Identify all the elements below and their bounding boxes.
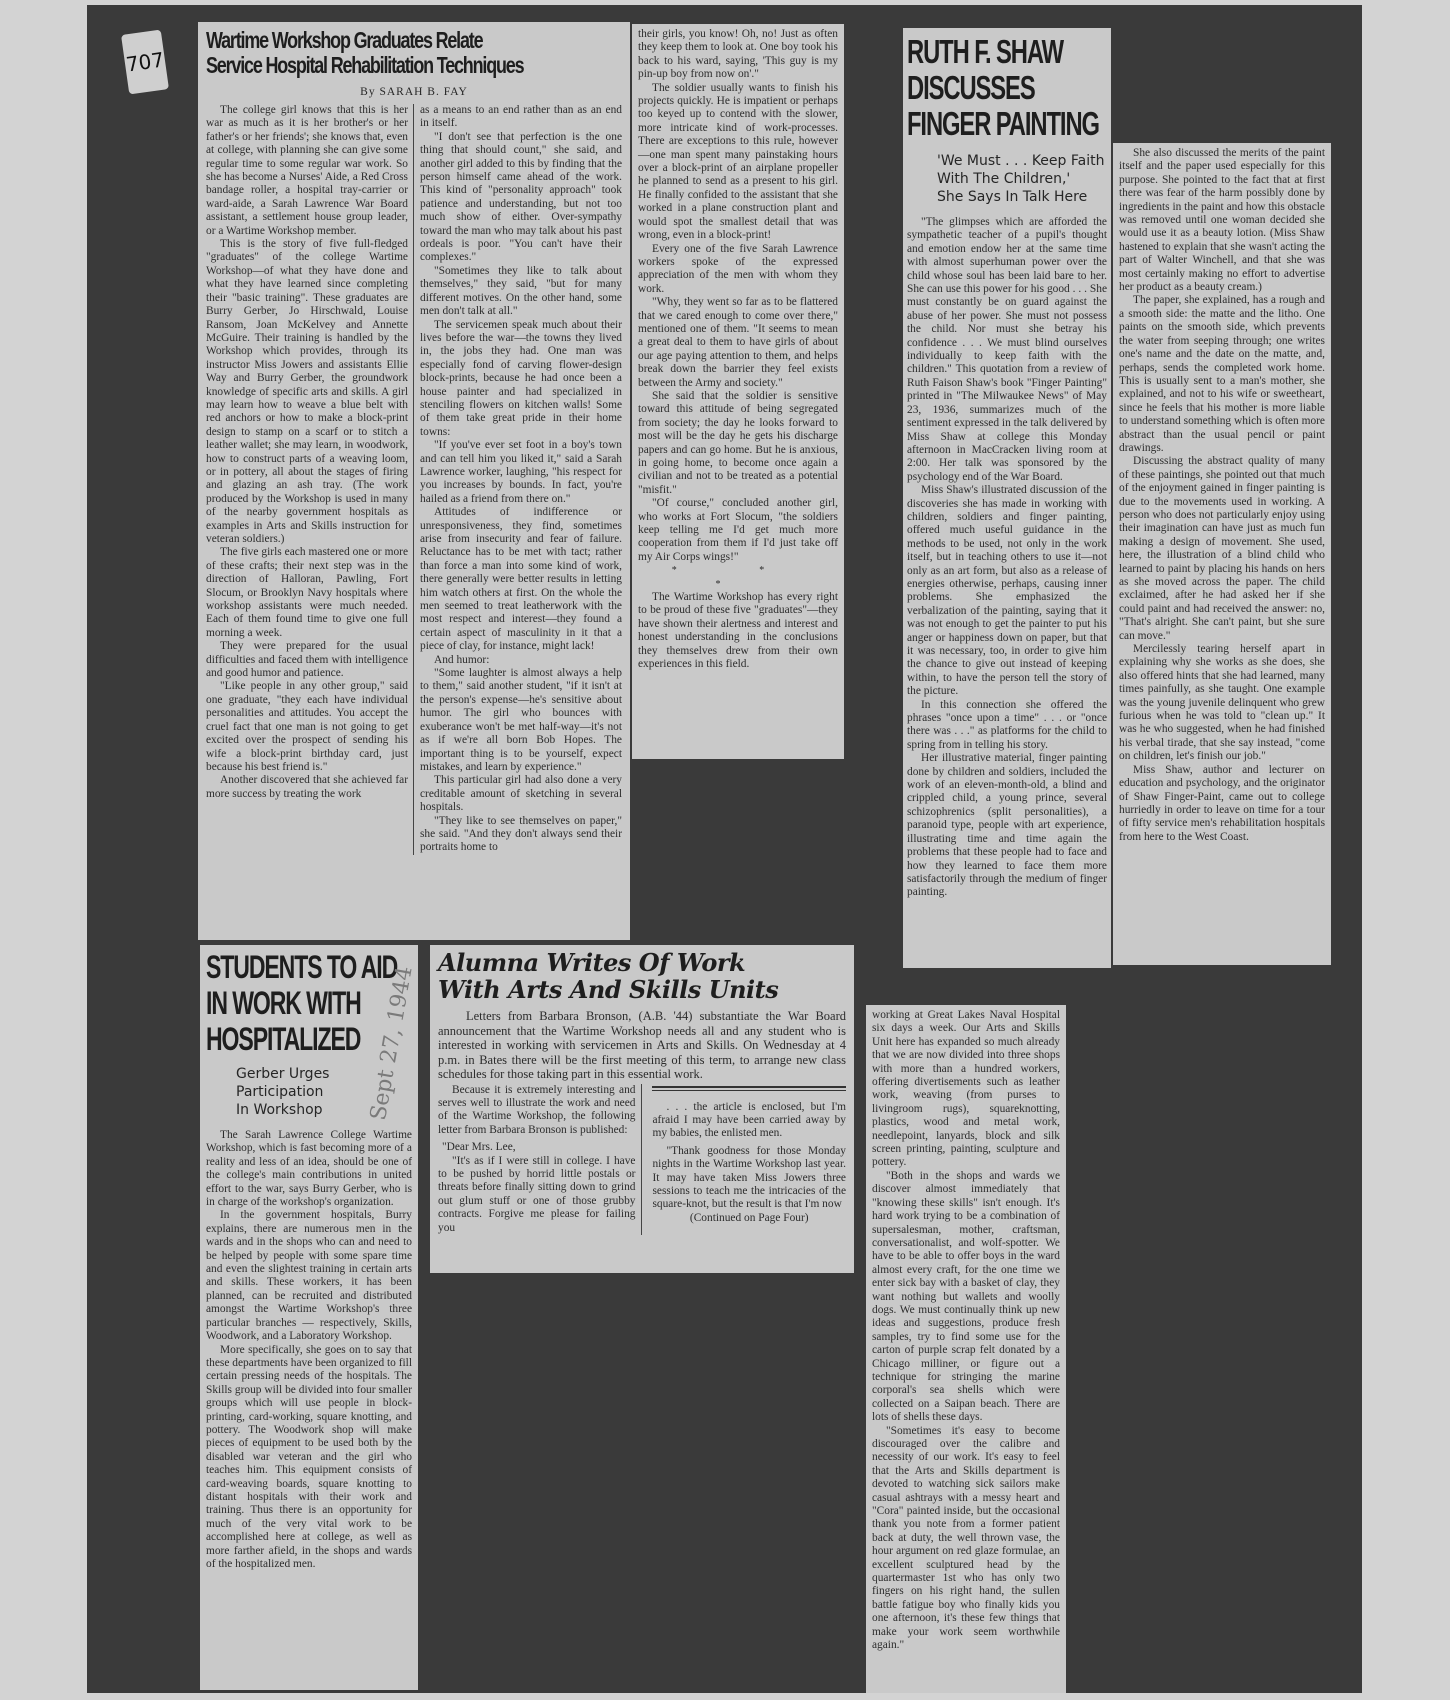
- clipping-wartime-workshop: Wartime Workshop Graduates Relate Servic…: [198, 22, 630, 940]
- headline-line: FINGER PAINTING: [907, 106, 1111, 142]
- subheadline-line: She Says In Talk Here: [937, 188, 1107, 206]
- paragraph: . . . the article is enclosed, but I'm a…: [652, 1101, 846, 1141]
- paragraph: The Sarah Lawrence College Wartime Works…: [206, 1129, 412, 1209]
- paragraph: She said that the soldier is sensitive t…: [638, 390, 838, 497]
- section-separator: * * *: [638, 564, 838, 591]
- paragraph: Because it is extremely interesting and …: [438, 1084, 635, 1138]
- paragraph: Miss Shaw, author and lecturer on educat…: [1119, 764, 1325, 844]
- paragraph: "Of course," concluded another girl, who…: [638, 497, 838, 564]
- paragraph: Attitudes of indifference or unresponsiv…: [420, 506, 622, 653]
- paragraph: Another discovered that she achieved far…: [206, 774, 408, 801]
- article-column-1: "The glimpses which are afforded the sym…: [907, 216, 1107, 900]
- paragraph: The servicemen speak much about their li…: [420, 319, 622, 440]
- paragraph: "Some laughter is almost always a help t…: [420, 667, 622, 774]
- paragraph: In this connection she offered the phras…: [907, 699, 1107, 753]
- headline: Wartime Workshop Graduates Relate Servic…: [206, 28, 627, 78]
- paragraph: The soldier usually wants to finish his …: [638, 82, 838, 243]
- headline: RUTH F. SHAW DISCUSSES FINGER PAINTING: [907, 34, 1111, 142]
- paragraph: "I don't see that perfection is the one …: [420, 131, 622, 265]
- paragraph: "Sometimes it's easy to become discourag…: [872, 1425, 1060, 1653]
- paragraph: "It's as if I were still in college. I h…: [438, 1155, 635, 1235]
- clipping-alumna-writes: Alumna Writes Of Work With Arts And Skil…: [430, 945, 854, 1273]
- paragraph: The five girls each mastered one or more…: [206, 546, 408, 640]
- headline-line: Service Hospital Rehabilitation Techniqu…: [206, 53, 627, 78]
- paragraph: In the government hospitals, Burry expla…: [206, 1209, 412, 1343]
- paragraph: Every one of the five Sarah Lawrence wor…: [638, 243, 838, 297]
- double-rule: [652, 1086, 846, 1091]
- headline-line: STUDENTS TO AID: [206, 949, 415, 985]
- continued-note: (Continued on Page Four): [652, 1212, 846, 1225]
- paragraph: The Wartime Workshop has every right to …: [638, 591, 838, 671]
- clipping-ruth-shaw: RUTH F. SHAW DISCUSSES FINGER PAINTING '…: [903, 28, 1111, 968]
- paragraph: "If you've ever set foot in a boy's town…: [420, 439, 622, 506]
- paragraph: "Why, they went so far as to be flattere…: [638, 296, 838, 390]
- article-column-2: . . . the article is enclosed, but I'm a…: [642, 1084, 846, 1235]
- headline: Alumna Writes Of Work With Arts And Skil…: [438, 949, 846, 1003]
- paragraph: This particular girl had also done a ver…: [420, 774, 622, 814]
- paragraph: "The glimpses which are afforded the sym…: [907, 216, 1107, 484]
- article-column-1: Because it is extremely interesting and …: [438, 1084, 642, 1235]
- paragraph: This is the story of five full-fledged "…: [206, 238, 408, 546]
- byline: By SARAH B. FAY: [206, 86, 622, 98]
- headline-line: With Arts And Skills Units: [438, 976, 846, 1003]
- paragraph: The college girl knows that this is her …: [206, 104, 408, 238]
- paragraph: The paper, she explained, has a rough an…: [1119, 294, 1325, 455]
- headline-line: DISCUSSES: [907, 70, 1111, 106]
- paragraph: Her illustrative material, finger painti…: [907, 752, 1107, 899]
- lead-paragraph: Letters from Barbara Bronson, (A.B. '44)…: [438, 1009, 846, 1082]
- clipping-alumna-writes-continued: working at Great Lakes Naval Hospital si…: [866, 1005, 1066, 1693]
- clipping-ruth-shaw-continued: She also discussed the merits of the pai…: [1113, 143, 1331, 965]
- paragraph: as a means to an end rather than as an e…: [420, 104, 622, 131]
- article-body: The Sarah Lawrence College Wartime Works…: [206, 1129, 412, 1571]
- paragraph: Discussing the abstract quality of many …: [1119, 455, 1325, 643]
- paragraph: And humor:: [420, 654, 622, 667]
- paragraph: She also discussed the merits of the pai…: [1119, 147, 1325, 294]
- clipping-wartime-workshop-continued: their girls, you know! Oh, no! Just as o…: [632, 24, 844, 759]
- paragraph: "Dear Mrs. Lee,: [438, 1141, 635, 1154]
- headline-line: RUTH F. SHAW: [907, 34, 1111, 70]
- headline-line: Wartime Workshop Graduates Relate: [206, 28, 627, 53]
- paragraph: working at Great Lakes Naval Hospital si…: [872, 1009, 1060, 1170]
- paragraph: More specifically, she goes on to say th…: [206, 1344, 412, 1572]
- paragraph: "Sometimes they like to talk about thems…: [420, 265, 622, 319]
- subheadline: 'We Must . . . Keep Faith With The Child…: [937, 152, 1107, 206]
- paragraph: their girls, you know! Oh, no! Just as o…: [638, 28, 838, 82]
- article-column-2: as a means to an end rather than as an e…: [414, 104, 622, 855]
- paragraph: "They like to see themselves on paper," …: [420, 815, 622, 855]
- paragraph: "Like people in any other group," said o…: [206, 680, 408, 774]
- paragraph: Miss Shaw's illustrated discussion of th…: [907, 484, 1107, 699]
- paragraph: "Both in the shops and wards we discover…: [872, 1170, 1060, 1425]
- paragraph: "Thank goodness for those Monday nights …: [652, 1145, 846, 1212]
- page-number-tag: 707: [121, 30, 169, 95]
- subheadline-line: 'We Must . . . Keep Faith: [937, 152, 1107, 170]
- article-column-1: The college girl knows that this is her …: [206, 104, 414, 855]
- subheadline-line: With The Children,': [937, 170, 1107, 188]
- paragraph: Mercilessly tearing herself apart in exp…: [1119, 643, 1325, 764]
- headline-line: Alumna Writes Of Work: [438, 949, 846, 976]
- paragraph: They were prepared for the usual difficu…: [206, 640, 408, 680]
- paragraph: Letters from Barbara Bronson, (A.B. '44)…: [438, 1009, 846, 1082]
